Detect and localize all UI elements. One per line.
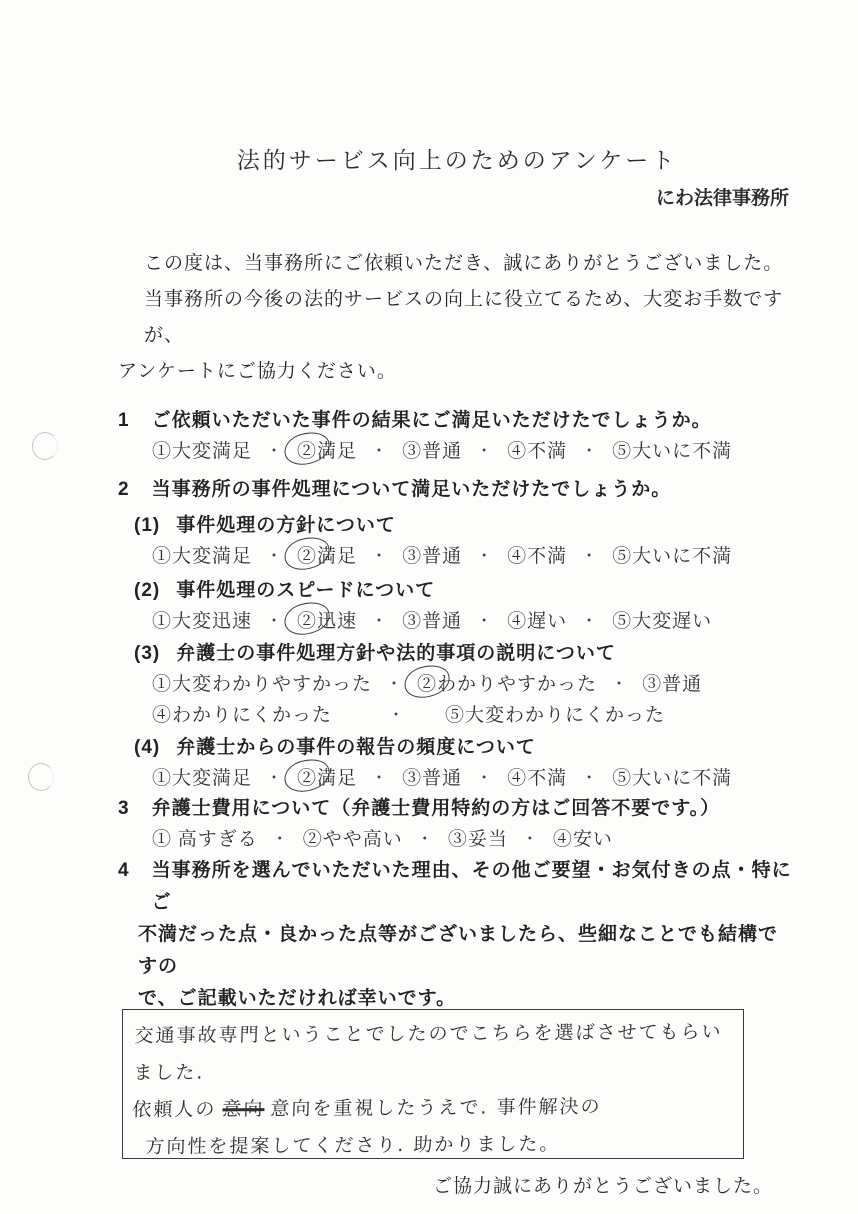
- office-name: にわ法律事務所: [118, 186, 796, 212]
- option-separator: ・: [272, 824, 289, 855]
- handwritten-text: 交通事故専門ということでしたのでこちらを選ばさせてもらいました.: [133, 1021, 723, 1084]
- option: ① 高すぎる: [152, 824, 258, 855]
- question-2-4-heading: (4) 弁護士からの事件の報告の頻度について: [118, 733, 796, 763]
- question-2-2-options: ①大変迅速 ・ ②迅速 ・ ③普通 ・ ④遅い ・ ⑤大変遅い: [118, 606, 796, 637]
- option-separator: ・: [371, 763, 388, 794]
- handwritten-text: 方向性を提案してくださり. 助かりました。: [145, 1133, 561, 1158]
- question-2-1-options: ①大変満足 ・ ②満足 ・ ③普通 ・ ④不満 ・ ⑤大いに不満: [118, 541, 796, 572]
- question-text: 当事務所を選んでいただいた理由、その他ご要望・お気付きの点・特にご: [152, 855, 796, 919]
- handwritten-line: 依頼人の意向意向を重視したうえで. 事件解決の: [132, 1088, 729, 1129]
- option: ③普通: [402, 436, 462, 467]
- handwritten-text: 依頼人の: [132, 1098, 217, 1121]
- option-separator: ・: [476, 763, 493, 794]
- option: ①大変満足: [152, 763, 252, 794]
- option: ④わかりにくかった: [152, 700, 332, 731]
- question-2-3-options-row2: ④わかりにくかった ・ ⑤大変わかりにくかった: [118, 700, 796, 731]
- option: ⑤大いに不満: [612, 763, 732, 794]
- handwritten-line: 方向性を提案してくださり. 助かりました。: [131, 1125, 728, 1166]
- question-3-options: ① 高すぎる ・ ②やや高い ・ ③妥当 ・ ④安い: [118, 824, 796, 855]
- option-separator: ・: [611, 669, 628, 700]
- option-separator: ・: [266, 436, 283, 467]
- sub-question-text: 事件処理のスピードについて: [176, 576, 435, 606]
- sub-question-number: (1): [134, 511, 160, 541]
- option: ③普通: [642, 669, 702, 700]
- option-separator: ・: [476, 436, 493, 467]
- closing-thanks: ご協力誠にありがとうございました。: [118, 1173, 796, 1201]
- question-1-heading: 1 ご依頼いただいた事件の結果にご満足いただけたでしょうか。: [118, 406, 796, 436]
- option-separator: ・: [476, 541, 493, 572]
- question-2-1-heading: (1) 事件処理の方針について: [118, 511, 796, 541]
- question-4-heading: 4 当事務所を選んでいただいた理由、その他ご要望・お気付きの点・特にご: [118, 855, 796, 919]
- question-text: 当事務所の事件処理について満足いただけたでしょうか。: [152, 475, 672, 505]
- punch-hole-top: [32, 432, 58, 460]
- sub-question-number: (3): [134, 639, 160, 669]
- option-circled: ②わかりやすかった: [417, 669, 597, 700]
- option: ③普通: [402, 606, 462, 637]
- question-number: 4: [118, 855, 130, 887]
- option-separator: ・: [371, 436, 388, 467]
- option: ③普通: [402, 541, 462, 572]
- question-text: ご依頼いただいた事件の結果にご満足いただけたでしょうか。: [152, 406, 712, 436]
- option-separator: ・: [371, 541, 388, 572]
- option-separator: ・: [581, 606, 598, 637]
- sub-question-text: 事件処理の方針について: [176, 511, 396, 541]
- document-content: 法的サービス向上のためのアンケート にわ法律事務所 この度は、当事務所にご依頼い…: [118, 146, 796, 1201]
- option-separator: ・: [581, 763, 598, 794]
- intro-line: この度は、当事務所にご依頼いただき、誠にありがとうございました。: [118, 246, 796, 282]
- option: ④遅い: [507, 606, 567, 637]
- option-circled: ②満足: [297, 541, 357, 572]
- option: ①大変満足: [152, 436, 252, 467]
- question-text: 弁護士費用について（弁護士費用特約の方はご回答不要です。）: [152, 794, 721, 824]
- option: ④不満: [507, 763, 567, 794]
- question-number: 1: [118, 406, 130, 436]
- option: ①大変迅速: [152, 606, 252, 637]
- page-title: 法的サービス向上のためのアンケート: [118, 146, 796, 176]
- option-circled: ②迅速: [297, 606, 357, 637]
- option: ⑤大変遅い: [612, 606, 712, 637]
- scanned-survey-page: 法的サービス向上のためのアンケート にわ法律事務所 この度は、当事務所にご依頼い…: [0, 0, 858, 1214]
- option-separator: ・: [388, 700, 405, 731]
- option-separator: ・: [581, 436, 598, 467]
- option: ④不満: [507, 436, 567, 467]
- punch-hole-bottom: [28, 763, 54, 791]
- option: ④安い: [553, 824, 613, 855]
- question-2-3-heading: (3) 弁護士の事件処理方針や法的事項の説明について: [118, 639, 796, 669]
- option: ③普通: [402, 763, 462, 794]
- option-separator: ・: [266, 541, 283, 572]
- sub-question-text: 弁護士の事件処理方針や法的事項の説明について: [176, 639, 616, 669]
- intro-line: アンケートにご協力ください。: [118, 354, 796, 390]
- option-separator: ・: [581, 541, 598, 572]
- handwritten-text: 意向を重視したうえで. 事件解決の: [270, 1096, 602, 1120]
- question-number: 2: [118, 475, 130, 505]
- intro-paragraph: この度は、当事務所にご依頼いただき、誠にありがとうございました。 当事務所の今後…: [118, 246, 796, 390]
- option: ①大変満足: [152, 541, 252, 572]
- option: ①大変わかりやすかった: [152, 669, 372, 700]
- option-separator: ・: [371, 606, 388, 637]
- question-4-text-line: 不満だった点・良かった点等がございましたら、些細なことでも結構ですの: [118, 919, 796, 983]
- option-separator: ・: [522, 824, 539, 855]
- question-2-3-options-row1: ①大変わかりやすかった ・ ②わかりやすかった ・ ③普通: [118, 669, 796, 700]
- option: ③妥当: [448, 824, 508, 855]
- option-separator: ・: [476, 606, 493, 637]
- sub-question-number: (4): [134, 733, 160, 763]
- option-separator: ・: [266, 606, 283, 637]
- intro-line: 当事務所の今後の法的サービスの向上に役立てるため、大変お手数ですが、: [118, 282, 796, 354]
- option: ⑤大変わかりにくかった: [445, 700, 665, 731]
- question-2-heading: 2 当事務所の事件処理について満足いただけたでしょうか。: [118, 475, 796, 505]
- option-circled: ②満足: [297, 436, 357, 467]
- option: ④不満: [507, 541, 567, 572]
- sub-question-text: 弁護士からの事件の報告の頻度について: [176, 733, 536, 763]
- free-comment-box: 交通事故専門ということでしたのでこちらを選ばさせてもらいました. 依頼人の意向意…: [122, 1009, 744, 1159]
- question-2-2-heading: (2) 事件処理のスピードについて: [118, 576, 796, 606]
- option-separator: ・: [386, 669, 403, 700]
- option: ⑤大いに不満: [612, 541, 732, 572]
- sub-question-number: (2): [134, 576, 160, 606]
- handwritten-answer: 交通事故専門ということでしたのでこちらを選ばさせてもらいました. 依頼人の意向意…: [131, 1014, 731, 1166]
- question-1-options: ①大変満足 ・ ②満足 ・ ③普通 ・ ④不満 ・ ⑤大いに不満: [118, 436, 796, 467]
- option: ②やや高い: [303, 824, 403, 855]
- option-separator: ・: [266, 763, 283, 794]
- question-2-4-options: ①大変満足 ・ ②満足 ・ ③普通 ・ ④不満 ・ ⑤大いに不満: [118, 763, 796, 794]
- handwritten-line: 交通事故専門ということでしたのでこちらを選ばさせてもらいました.: [133, 1014, 731, 1092]
- question-3-heading: 3 弁護士費用について（弁護士費用特約の方はご回答不要です。）: [118, 794, 796, 824]
- handwritten-strikethrough: 意向: [222, 1098, 265, 1120]
- question-number: 3: [118, 794, 130, 824]
- option: ⑤大いに不満: [612, 436, 732, 467]
- option-circled: ②満足: [297, 763, 357, 794]
- option-separator: ・: [417, 824, 434, 855]
